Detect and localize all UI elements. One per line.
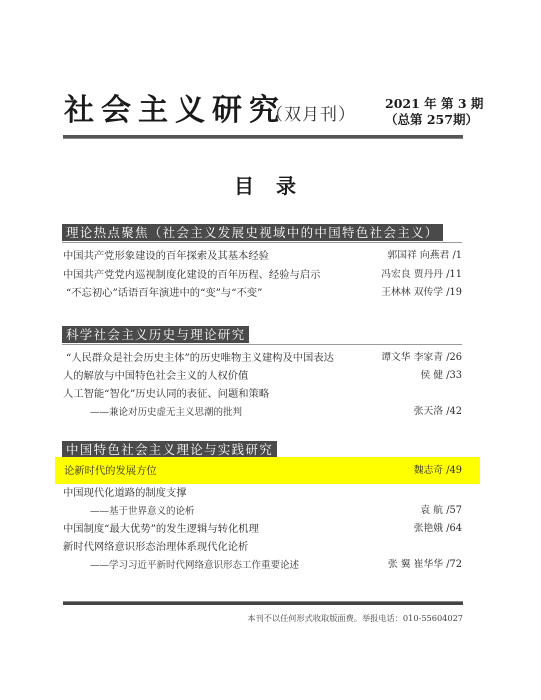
toc-entry-authors: 张艳娥 (414, 523, 443, 534)
toc-entry-meta: 魏志奇 /49 (414, 464, 462, 478)
toc-entry-meta: 谭文华 李家青 /26 (381, 351, 462, 365)
toc-entry-title[interactable]: 人工智能“智化”历史认同的表征、问题和策略 (63, 387, 269, 401)
toc-entry-meta: 冯宏良 贾丹丹 /11 (381, 268, 462, 282)
toc-entry-page[interactable]: /49 (446, 465, 462, 476)
toc-entry-authors: 谭文华 李家青 (381, 352, 443, 363)
toc-entry-subtitle: ——学习习近平新时代网络意识形态工作重要论述 (90, 559, 299, 572)
toc-entry-meta: 袁 航 /57 (420, 504, 462, 518)
toc-heading: 目录 (234, 174, 318, 198)
section-header-chinese-socialism-practice: 中国特色社会主义理论与实践研究 (62, 441, 277, 458)
toc-entry-page[interactable]: /19 (446, 287, 462, 298)
issue-number: 2021 年 第 3 期 (385, 96, 483, 112)
toc-entry-page[interactable]: /26 (446, 352, 462, 363)
section-rule (62, 242, 462, 243)
masthead-rule (63, 135, 463, 139)
section-rule (62, 344, 462, 345)
issue-total-number: （总第 257期） (385, 112, 478, 128)
toc-entry-authors: 张天洛 (414, 406, 443, 417)
footer-rule (63, 601, 463, 605)
toc-entry-meta: 王林林 双传学 /19 (381, 286, 462, 300)
toc-entry-title[interactable]: 中国制度“最大优势”的发生逻辑与转化机理 (63, 522, 259, 536)
journal-title: 社会主义研究 (64, 93, 286, 129)
section-header-scientific-socialism: 科学社会主义历史与理论研究 (62, 326, 249, 343)
toc-entry-title[interactable]: “人民群众是社会历史主体”的历史唯物主义建构及中国表达 (66, 351, 334, 365)
toc-entry-authors: 郭国祥 向燕君 (387, 250, 449, 261)
toc-entry-authors: 侯 健 (420, 370, 443, 381)
toc-entry-page[interactable]: /64 (446, 523, 462, 534)
toc-entry-page[interactable]: /11 (446, 269, 462, 280)
toc-entry-page[interactable]: /72 (446, 559, 462, 570)
journal-frequency: （双月刊） (266, 104, 356, 126)
toc-entry-page[interactable]: /1 (452, 250, 462, 261)
toc-entry-authors: 王林林 双传学 (381, 287, 443, 298)
toc-entry-title[interactable]: 中国现代化道路的制度支撑 (63, 486, 187, 500)
toc-entry-meta: 侯 健 /33 (420, 369, 462, 383)
footer-note: 本刊不以任何形式收取版面费。举报电话：010-55604027 (247, 612, 463, 624)
toc-entry-authors: 张 翼 崔华华 (388, 559, 443, 570)
toc-entry-page[interactable]: /33 (446, 370, 462, 381)
toc-entry-subtitle: ——兼论对历史虚无主义思潮的批判 (90, 406, 242, 419)
toc-entry-title[interactable]: 人的解放与中国特色社会主义的人权价值 (63, 369, 248, 383)
toc-entry-page[interactable]: /57 (446, 505, 462, 516)
toc-entry-meta: 郭国祥 向燕君 /1 (387, 249, 462, 263)
toc-entry-title[interactable]: 新时代网络意识形态治理体系现代化论析 (63, 540, 248, 554)
toc-entry-meta: 张艳娥 /64 (414, 522, 462, 536)
toc-entry-page[interactable]: /42 (446, 406, 462, 417)
toc-entry-authors: 冯宏良 贾丹丹 (381, 269, 443, 280)
toc-entry-meta: 张 翼 崔华华 /72 (388, 558, 462, 572)
toc-entry-title[interactable]: 中国共产党党内巡视制度化建设的百年历程、经验与启示 (63, 268, 320, 282)
toc-entry-meta: 张天洛 /42 (414, 405, 462, 419)
toc-entry-title[interactable]: 中国共产党形象建设的百年探索及其基本经验 (63, 249, 269, 263)
toc-entry-authors: 魏志奇 (414, 465, 443, 476)
toc-entry-title-highlighted[interactable]: 论新时代的发展方位 (64, 464, 157, 478)
toc-entry-subtitle: ——基于世界意义的论析 (90, 505, 195, 518)
section-header-theory-hotspot: 理论热点聚焦（社会主义发展史视域中的中国特色社会主义） (62, 224, 443, 241)
toc-entry-title[interactable]: “不忘初心”话语百年演进中的“变”与“不变” (66, 286, 262, 300)
toc-entry-authors: 袁 航 (420, 505, 443, 516)
